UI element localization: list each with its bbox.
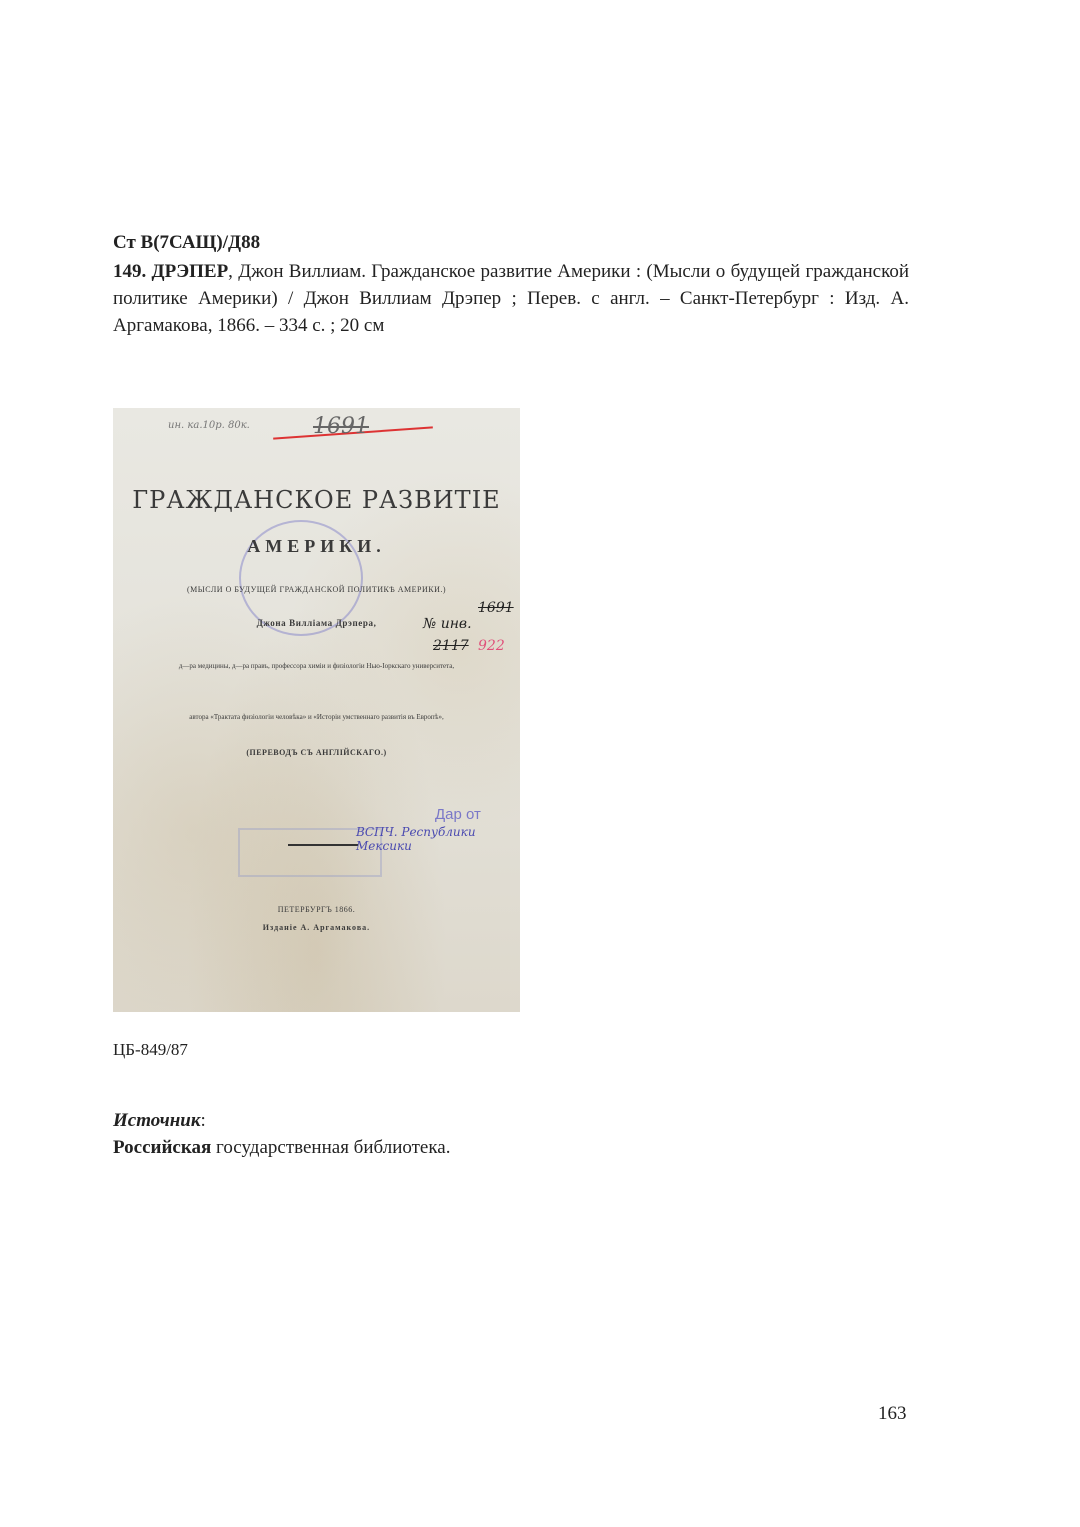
entry-number: 149. [113,261,146,282]
book-subtitle: АМЕРИКИ. [113,536,520,557]
ornamental-divider [288,844,358,846]
entry-text: , Джон Виллиам. Гражданское развитие Аме… [113,261,909,336]
page-number: 163 [878,1403,907,1425]
shelfmark: Ст В(7САЩ)/Д88 [113,232,260,254]
source-label: Источник: [113,1110,206,1132]
call-number: ЦБ-849/87 [113,1040,188,1060]
source-text: Российская государственная библиотека. [113,1137,450,1159]
book-author-works: автора «Трактата физіологіи человѣка» и … [113,711,520,724]
handwritten-price-note: ин. ка.10р. 80к. [168,420,250,431]
handwritten-gift-note: ВСПЧ. Республики Мексики [356,825,520,853]
handwritten-inventory-label: № инв. [423,616,472,632]
gift-stamp: Дар от [435,806,481,823]
book-translation-note: (ПЕРЕВОДЪ СЪ АНГЛІЙСКАГО.) [113,748,520,757]
handwritten-top-number: 1691 [313,414,369,439]
handwritten-inventory-number: 1691 [478,600,514,616]
book-author-degrees: д—ра медицины, д—ра правъ, профессора хи… [113,660,520,673]
book-publisher: Изданіе А. Аргамакова. [113,923,520,932]
handwritten-inventory-new: 922 [478,638,505,654]
handwritten-inventory-old: 2117 [433,638,469,654]
bibliographic-entry: 149. ДРЭПЕР, Джон Виллиам. Гражданское р… [113,258,909,339]
title-page-photo: ин. ка.10р. 80к. 1691 ГРАЖДАНСКОЕ РАЗВИТ… [113,408,520,1012]
book-thoughts-line: (МЫСЛИ О БУДУЩЕЙ ГРАЖДАНСКОЙ ПОЛИТИКѢ АМ… [113,585,520,594]
book-title: ГРАЖДАНСКОЕ РАЗВИТІЕ [113,486,520,514]
entry-author-surname: ДРЭПЕР [152,261,229,282]
book-city-year: ПЕТЕРБУРГЪ 1866. [113,905,520,914]
